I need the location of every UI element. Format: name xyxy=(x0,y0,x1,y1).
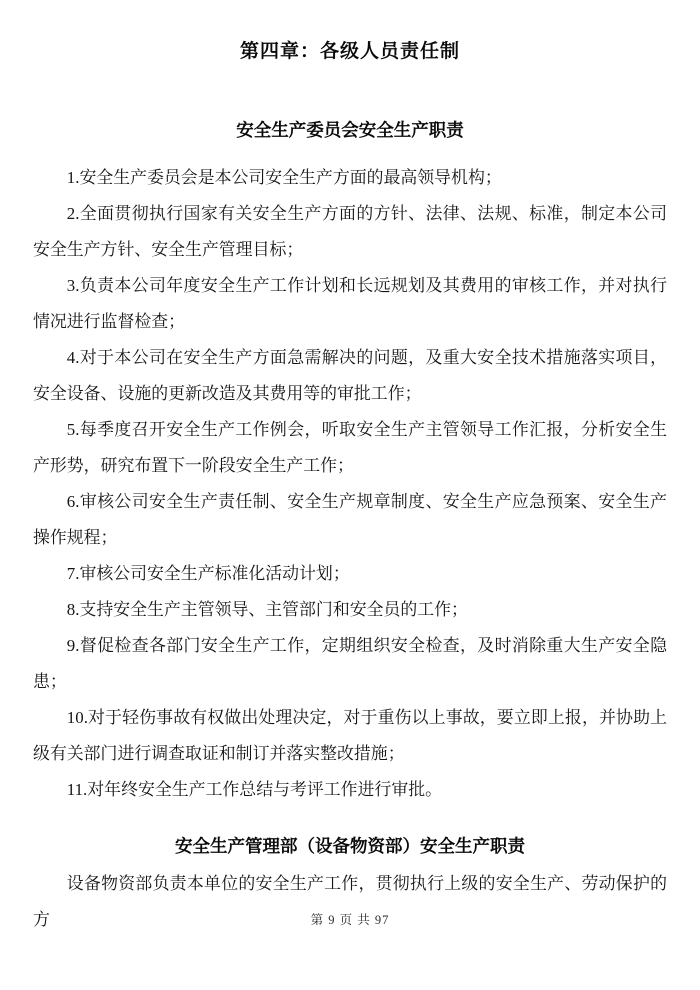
responsibility-item-3: 3.负责本公司年度安全生产工作计划和长远规划及其费用的审核工作，并对执行情况进行… xyxy=(33,268,667,340)
section-heading-committee: 安全生产委员会安全生产职责 xyxy=(33,118,667,142)
responsibility-item-7: 7.审核公司安全生产标准化活动计划； xyxy=(33,556,667,592)
chapter-title: 第四章：各级人员责任制 xyxy=(33,40,667,64)
responsibility-item-11: 11.对年终安全生产工作总结与考评工作进行审批。 xyxy=(33,772,667,808)
responsibility-item-6: 6.审核公司安全生产责任制、安全生产规章制度、安全生产应急预案、安全生产操作规程… xyxy=(33,484,667,556)
responsibility-item-8: 8.支持安全生产主管领导、主管部门和安全员的工作； xyxy=(33,592,667,628)
document-page: 第四章：各级人员责任制 安全生产委员会安全生产职责 1.安全生产委员会是本公司安… xyxy=(0,0,700,990)
page-number-footer: 第 9 页 共 97 xyxy=(0,910,700,928)
responsibility-item-9: 9.督促检查各部门安全生产工作，定期组织安全检查，及时消除重大生产安全隐患； xyxy=(33,628,667,700)
responsibility-item-10: 10.对于轻伤事故有权做出处理决定，对于重伤以上事故，要立即上报，并协助上级有关… xyxy=(33,700,667,772)
responsibility-item-1: 1.安全生产委员会是本公司安全生产方面的最高领导机构； xyxy=(33,160,667,196)
responsibility-list: 1.安全生产委员会是本公司安全生产方面的最高领导机构； 2.全面贯彻执行国家有关… xyxy=(33,160,667,808)
responsibility-item-5: 5.每季度召开安全生产工作例会，听取安全生产主管领导工作汇报，分析安全生产形势，… xyxy=(33,412,667,484)
responsibility-item-2: 2.全面贯彻执行国家有关安全生产方面的方针、法律、法规、标准，制定本公司安全生产… xyxy=(33,196,667,268)
responsibility-item-4: 4.对于本公司在安全生产方面急需解决的问题，及重大安全技术措施落实项目，安全设备… xyxy=(33,340,667,412)
section-heading-department: 安全生产管理部（设备物资部）安全生产职责 xyxy=(33,834,667,858)
